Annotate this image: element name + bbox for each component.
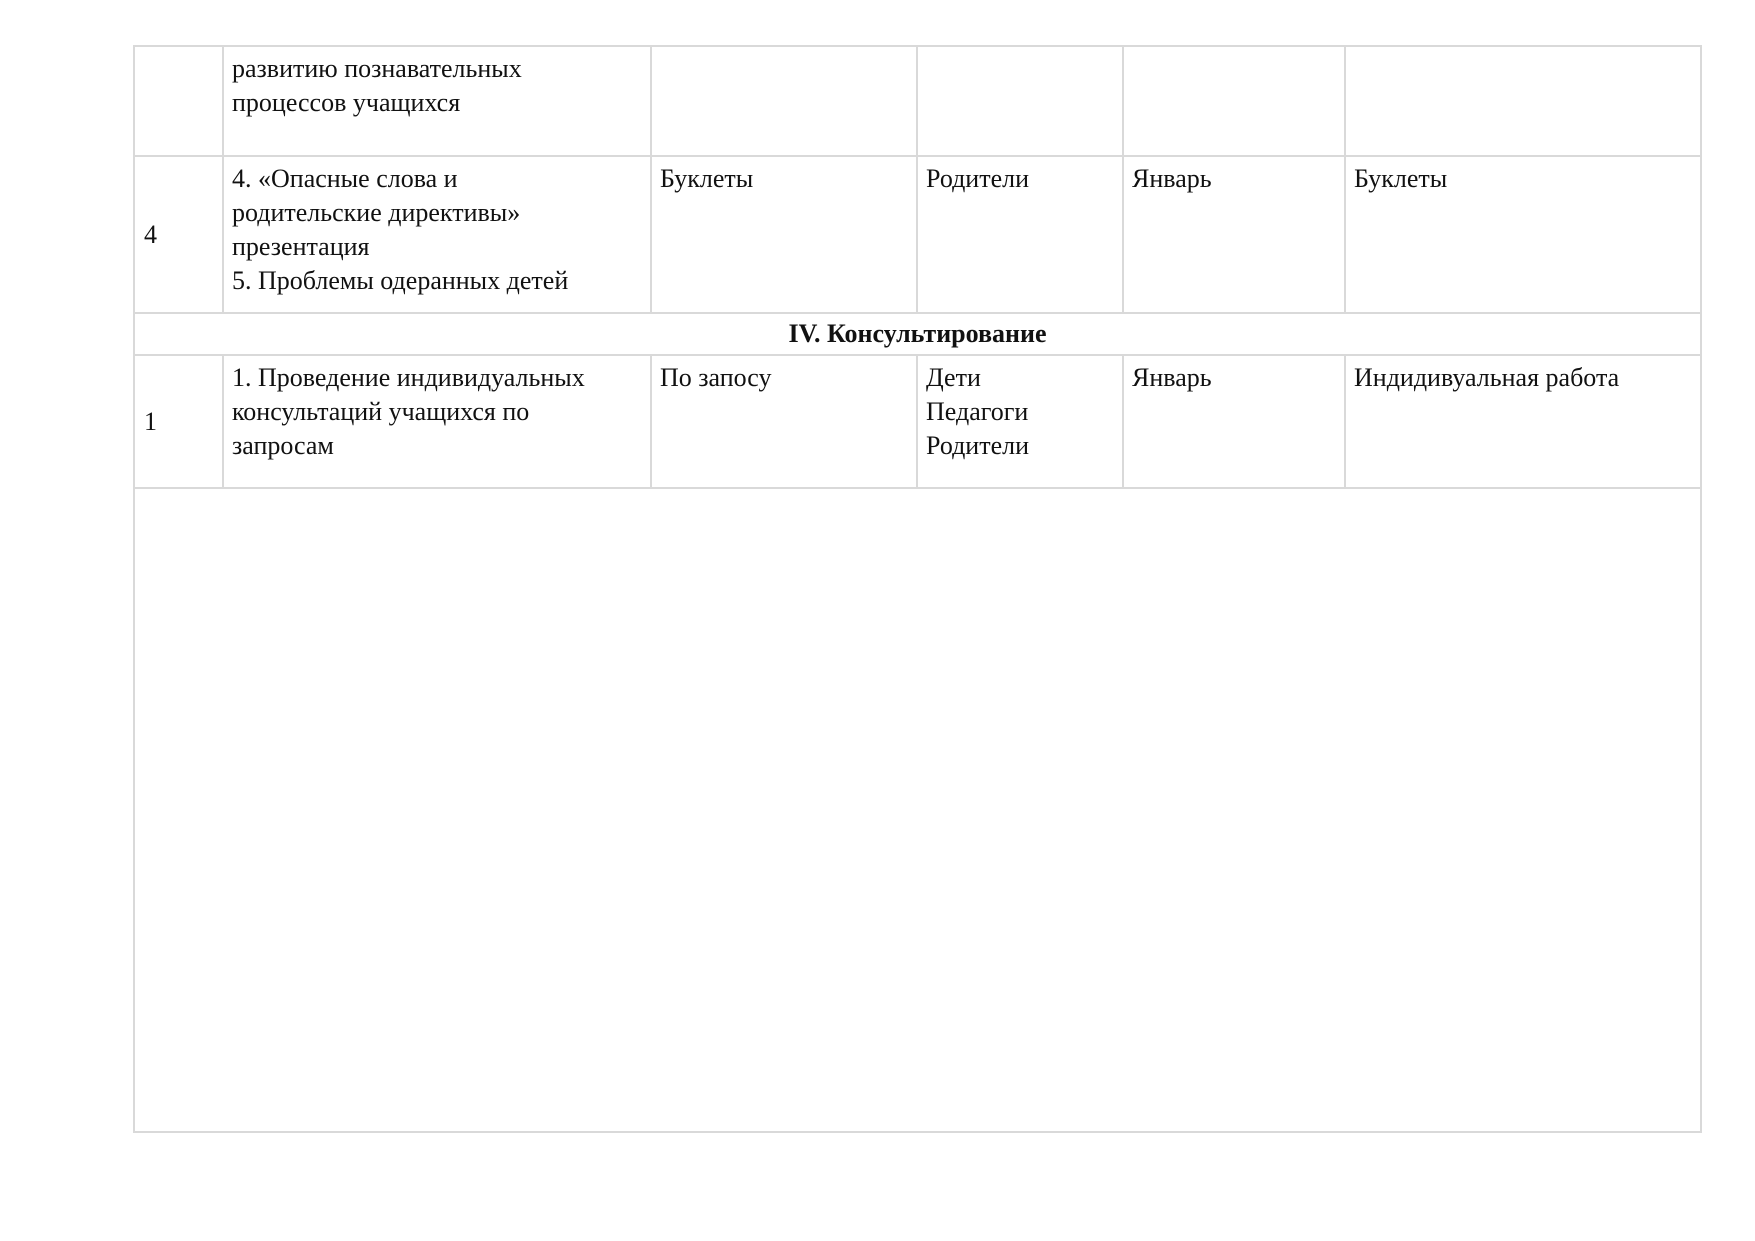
cell-number: 1 bbox=[134, 355, 223, 488]
cell-result bbox=[1345, 46, 1701, 156]
cell-participants: Дети Педагоги Родители bbox=[917, 355, 1123, 488]
cell-content: 1. Проведение индивидуальных консультаци… bbox=[223, 355, 651, 488]
cell-result: Индидивуальная работа bbox=[1345, 355, 1701, 488]
cell-participants: Родители bbox=[917, 156, 1123, 313]
cell-form bbox=[651, 46, 917, 156]
section-heading-row: IV. Консультирование bbox=[134, 313, 1701, 355]
cell-period bbox=[1123, 46, 1345, 156]
cell-result: Буклеты bbox=[1345, 156, 1701, 313]
cell-participants bbox=[917, 46, 1123, 156]
cell-period: Январь bbox=[1123, 355, 1345, 488]
document-page: развитию познавательных процессов учащих… bbox=[0, 0, 1755, 1241]
table-row: развитию познавательных процессов учащих… bbox=[134, 46, 1701, 156]
cell-form: Буклеты bbox=[651, 156, 917, 313]
cell-number bbox=[134, 46, 223, 156]
table-row: 4 4. «Опасные слова и родительские дирек… bbox=[134, 156, 1701, 313]
cell-content: развитию познавательных процессов учащих… bbox=[223, 46, 651, 156]
section-title: IV. Консультирование bbox=[134, 313, 1701, 355]
cell-period: Январь bbox=[1123, 156, 1345, 313]
cell-content: 4. «Опасные слова и родительские директи… bbox=[223, 156, 651, 313]
cell-form: По запосу bbox=[651, 355, 917, 488]
work-plan-table: развитию познавательных процессов учащих… bbox=[133, 45, 1702, 489]
cell-number: 4 bbox=[134, 156, 223, 313]
empty-table-area bbox=[133, 485, 1702, 1133]
table-row: 1 1. Проведение индивидуальных консульта… bbox=[134, 355, 1701, 488]
